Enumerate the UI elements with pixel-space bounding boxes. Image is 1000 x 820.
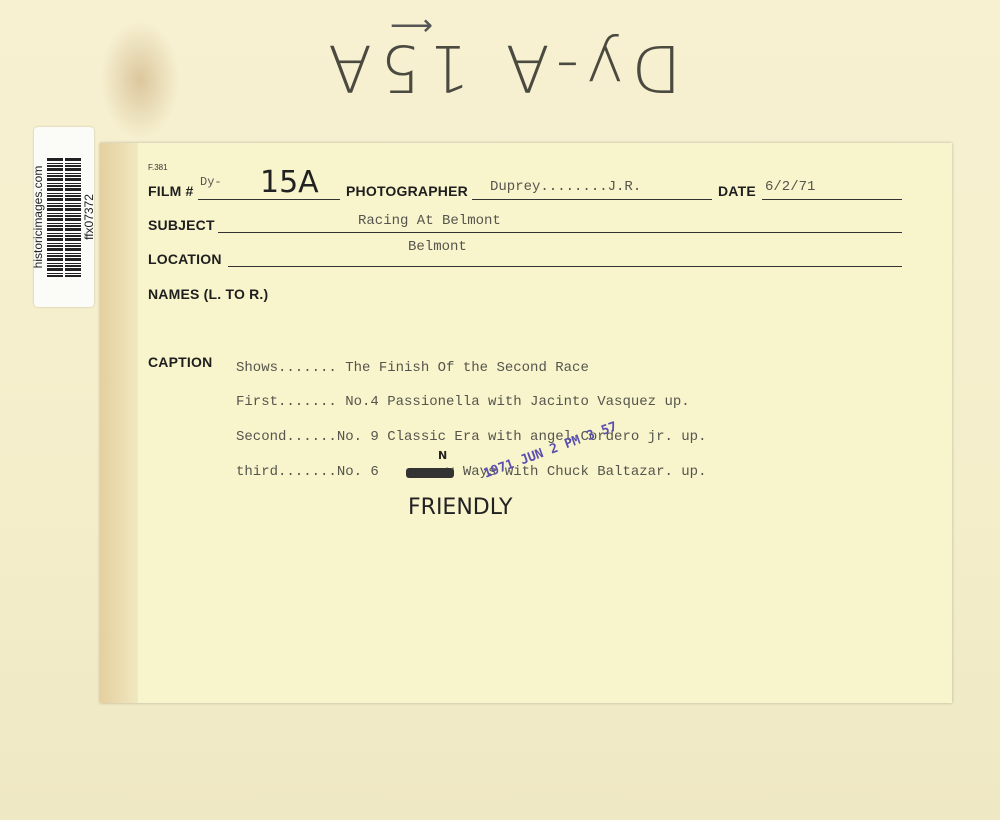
film-line bbox=[198, 199, 340, 200]
caption-line-4: third.......No. 6 y Ways with Chuck Balt… bbox=[236, 464, 706, 480]
caption-card: F.381 FILM # Dy- 15A PHOTOGRAPHER Duprey… bbox=[100, 143, 952, 703]
redaction-mark bbox=[406, 468, 454, 478]
photographer-line bbox=[472, 199, 712, 200]
form-code: F.381 bbox=[148, 163, 168, 172]
card-edge bbox=[100, 143, 138, 703]
caption-line-2: First....... No.4 Passionella with Jacin… bbox=[236, 394, 690, 410]
film-label: FILM # bbox=[148, 183, 194, 199]
location-value: Belmont bbox=[408, 239, 467, 255]
top-handwriting: Dy-A 15A bbox=[320, 30, 681, 104]
location-line bbox=[228, 266, 902, 267]
date-value: 6/2/71 bbox=[765, 179, 815, 195]
label-id: ffx07372 bbox=[83, 132, 96, 302]
photographer-label: PHOTOGRAPHER bbox=[346, 183, 468, 199]
caption-line-1: Shows....... The Finish Of the Second Ra… bbox=[236, 360, 589, 376]
date-label: DATE bbox=[718, 183, 756, 199]
archive-label: historicimages.com ffx07372 bbox=[34, 127, 94, 307]
caption-line-3: Second......No. 9 Classic Era with angel… bbox=[236, 429, 706, 445]
stain bbox=[100, 20, 180, 140]
names-label: NAMES (L. TO R.) bbox=[148, 286, 268, 302]
barcode bbox=[47, 157, 63, 277]
barcode-2 bbox=[65, 157, 81, 277]
caption-label: CAPTION bbox=[148, 354, 212, 370]
photographer-value: Duprey........J.R. bbox=[490, 179, 641, 195]
subject-line bbox=[218, 232, 902, 233]
subject-label: SUBJECT bbox=[148, 217, 215, 233]
film-prefix: Dy- bbox=[200, 175, 222, 189]
date-line bbox=[762, 199, 902, 200]
film-number: 15A bbox=[260, 165, 319, 200]
correction-letter: N bbox=[438, 449, 447, 462]
subject-value: Racing At Belmont bbox=[358, 213, 501, 229]
location-label: LOCATION bbox=[148, 251, 222, 267]
label-site: historicimages.com bbox=[32, 132, 45, 302]
handwritten-correction: FRIENDLY bbox=[408, 495, 513, 520]
